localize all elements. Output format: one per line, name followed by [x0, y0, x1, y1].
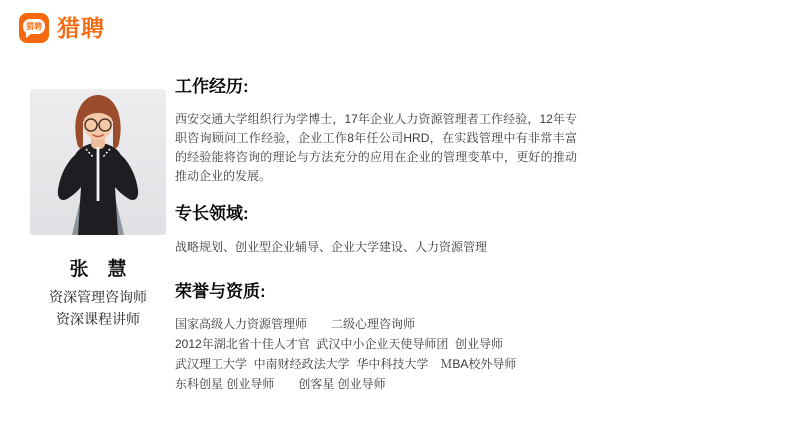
- profile-title-2: 资深课程讲师: [30, 308, 166, 330]
- expertise-text: 战略规划、创业型企业辅导、企业大学建设、人力资源管理: [175, 238, 577, 257]
- profile-card: 张 慧 资深管理咨询师 资深课程讲师: [30, 89, 166, 330]
- brand-header: 猎聘 猎聘: [19, 13, 105, 43]
- section-heading-work-experience: 工作经历:: [175, 76, 577, 98]
- profile-photo: [30, 89, 166, 235]
- speech-bubble-icon: 猎聘: [23, 19, 45, 34]
- profile-name: 张 慧: [30, 259, 166, 281]
- logo-icon-text: 猎聘: [26, 23, 42, 31]
- profile-title-1: 资深管理咨询师: [30, 286, 166, 308]
- honors-line-3: 武汉理工大学 中南财经政法大学 华中科技大学 ＭBA校外导师: [175, 354, 595, 374]
- honors-list: 国家高级人力资源管理师 二级心理咨询师 2012年湖北省十佳人才官 武汉中小企业…: [175, 314, 595, 394]
- logo-wordmark: 猎聘: [57, 13, 105, 43]
- honors-line-2: 2012年湖北省十佳人才官 武汉中小企业天使导师团 创业导师: [175, 334, 595, 354]
- work-experience-text: 西安交通大学组织行为学博士，17年企业人力资源管理者工作经验，12年专职咨询顾问…: [175, 110, 577, 186]
- honors-line-4: 东科创星 创业导师 创客星 创业导师: [175, 374, 595, 394]
- honors-line-1: 国家高级人力资源管理师 二级心理咨询师: [175, 314, 595, 334]
- page-root: 猎聘 猎聘: [0, 0, 793, 446]
- section-heading-expertise: 专长领域:: [175, 203, 577, 225]
- section-heading-honors: 荣誉与资质:: [175, 281, 577, 303]
- liepin-logo-icon: 猎聘: [19, 13, 49, 43]
